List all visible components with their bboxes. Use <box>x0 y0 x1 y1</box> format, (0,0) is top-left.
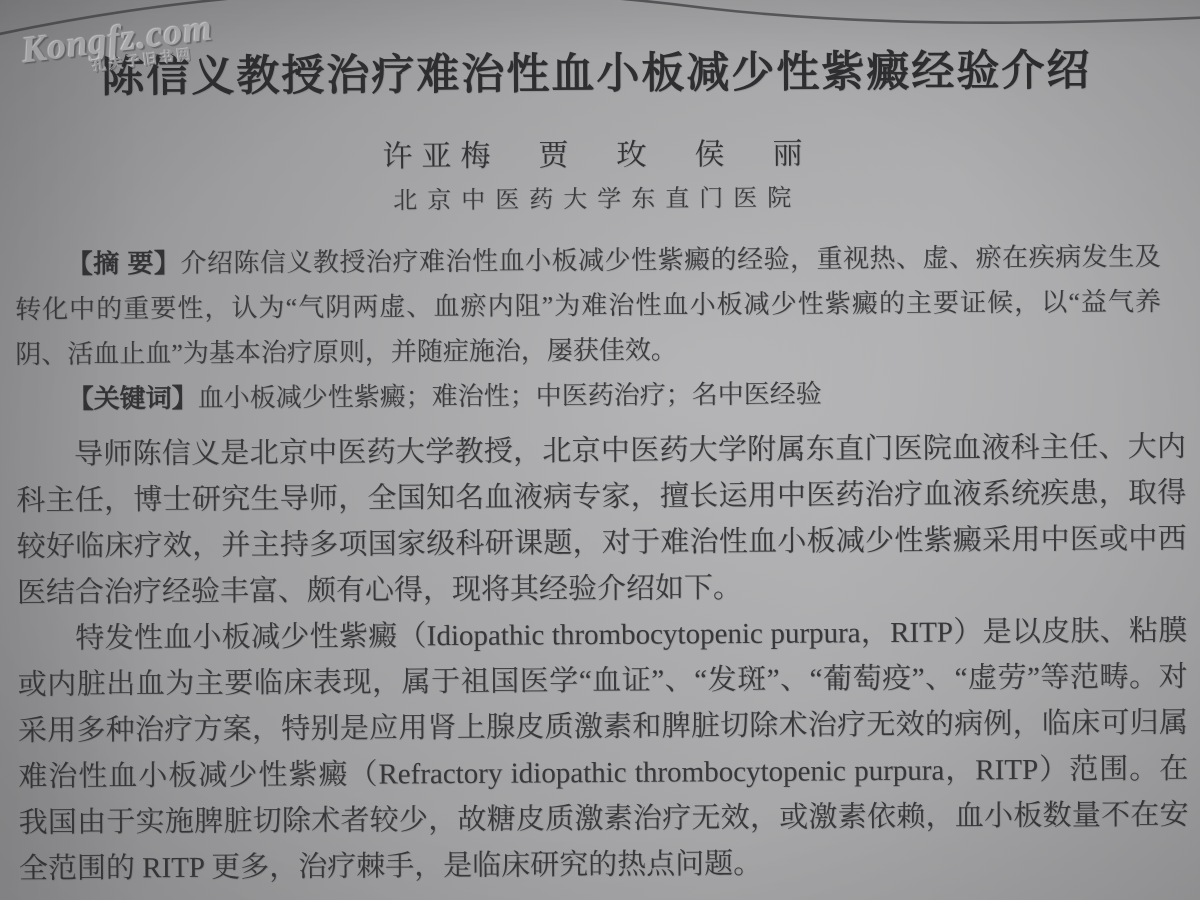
keywords-label: 【关键词】 <box>68 383 198 414</box>
keywords-text: 血小板减少性紫癜；难治性；中医药治疗；名中医经验 <box>198 379 822 412</box>
abstract-text: 介绍陈信义教授治疗难治性血小板减少性紫癜的经验，重视热、虚、瘀在疾病发生及转化中… <box>15 242 1161 369</box>
affiliation-line: 北京中医药大学东直门医院 <box>6 180 1188 220</box>
page-content: 陈信义教授治疗难治性血小板减少性紫癜经验介绍 许亚梅 贾 玫 侯 丽 北京中医药… <box>0 0 1200 900</box>
abstract-label: 【摘 要】 <box>67 248 181 279</box>
photographed-paper-page: Kongfz.com 孔夫子旧书网 陈信义教授治疗难治性血小板减少性紫癜经验介绍… <box>0 0 1200 900</box>
paper-title: 陈信义教授治疗难治性血小板减少性紫癜经验介绍 <box>5 42 1187 106</box>
abstract-paragraph: 【摘 要】介绍陈信义教授治疗难治性血小板减少性紫癜的经验，重视热、虚、瘀在疾病发… <box>15 234 1162 377</box>
authors-line: 许亚梅 贾 玫 侯 丽 <box>6 132 1188 180</box>
body-paragraph-1: 导师陈信义是北京中医药大学教授，北京中医药大学附属东直门医院血液科主任、大内科主… <box>16 424 1187 616</box>
body-paragraph-2: 特发性血小板减少性紫癜（Idiopathic thrombocytopenic … <box>17 608 1189 892</box>
keywords-line: 【关键词】血小板减少性紫癜；难治性；中医药治疗；名中医经验 <box>15 369 1161 422</box>
